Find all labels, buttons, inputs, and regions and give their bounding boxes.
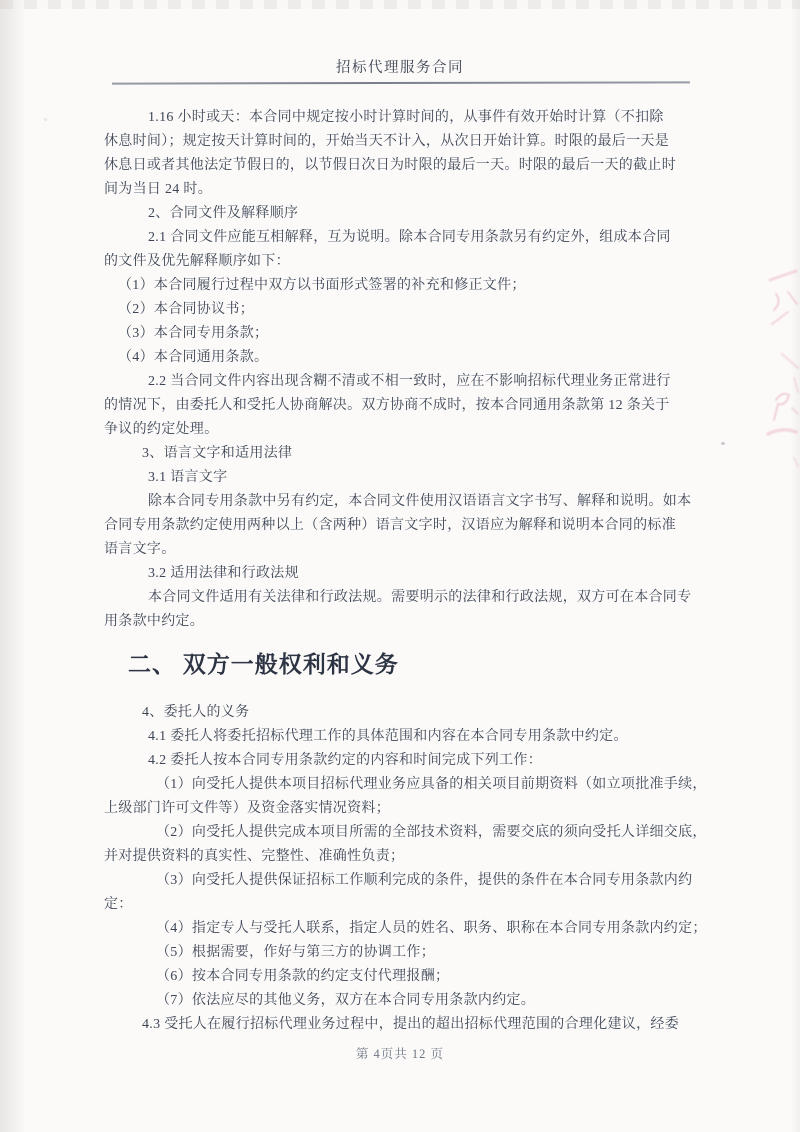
section-heading: 二、 双方一般权利和义务 (128, 646, 399, 679)
text-line: 语言文字。 (104, 538, 704, 562)
text-line: （3）本合同专用条款； (104, 322, 704, 346)
text-line: 3、语言文字和适用法律 (104, 442, 704, 466)
scan-edge-right-shadow (790, 0, 800, 1132)
text-line: 3.1 语言文字 (104, 466, 704, 490)
clauses-part-2: 4、委托人的义务4.1 委托人将委托招标代理工作的具体范围和内容在本合同专用条款… (104, 701, 704, 1037)
text-line: 的文件及优先解释顺序如下： (104, 250, 704, 274)
document-title: 招标代理服务合同 (0, 56, 800, 77)
scan-speck (44, 118, 47, 121)
text-line: （6）按本合同专用条款的约定支付代理报酬； (104, 965, 704, 989)
text-line: 休息时间）；规定按天计算时间的，开始当天不计入，从次日开始计算。时限的最后一天是 (104, 130, 704, 154)
text-line: 本合同文件适用有关法律和行政法规。需要明示的法律和行政法规，双方可在本合同专 (104, 586, 704, 610)
text-line: 争议的约定处理。 (104, 418, 704, 442)
text-line: （4）本合同通用条款。 (104, 346, 704, 370)
page-number: 第 4页共 12 页 (356, 1047, 444, 1061)
text-line: 4、委托人的义务 (104, 701, 704, 725)
clauses-part-1: 1.16 小时或天：本合同中规定按小时计算时间的，从事件有效开始时计算（不扣除休… (104, 106, 704, 634)
scanned-contract-page: 招标代理服务合同 1.16 小时或天：本合同中规定按小时计算时间的，从事件有效开… (0, 0, 800, 1132)
text-line: 3.2 适用法律和行政法规 (104, 562, 704, 586)
text-line: （5）根据需要，作好与第三方的协调工作； (104, 941, 704, 965)
text-line: （2）本合同协议书； (104, 298, 704, 322)
text-line: 4.3 受托人在履行招标代理业务过程中，提出的超出招标代理范围的合理化建议，经委 (104, 1013, 704, 1037)
text-line: 2、合同文件及解释顺序 (104, 202, 704, 226)
text-line: 并对提供资料的真实性、完整性、准确性负责； (104, 845, 704, 869)
text-line: 用条款中约定。 (104, 610, 704, 634)
text-line: 定： (104, 893, 704, 917)
scan-edge-top-artifact (0, 0, 800, 9)
page-footer: 第 4页共 12 页 (0, 1044, 800, 1062)
text-line: 的情况下，由委托人和受托人协商解决。双方协商不成时，按本合同通用条款第 12 条… (104, 394, 704, 418)
text-line: （1）向受托人提供本项目招标代理业务应具备的相关项目前期资料（如立项批准手续， (104, 773, 704, 797)
text-line: 2.1 合同文件应能互相解释，互为说明。除本合同专用条款另有约定外，组成本合同 (104, 226, 704, 250)
text-line: （2）向受托人提供完成本项目所需的全部技术资料，需要交底的须向受托人详细交底， (104, 821, 704, 845)
text-line: （4）指定专人与受托人联系，指定人员的姓名、职务、职称在本合同专用条款内约定； (104, 917, 704, 941)
text-line: 休息日或者其他法定节假日的，以节假日次日为时限的最后一天。时限的最后一天的截止时 (104, 154, 704, 178)
text-line: （7）依法应尽的其他义务，双方在本合同专用条款内约定。 (104, 989, 704, 1013)
scan-edge-left-shadow (0, 0, 26, 1132)
text-line: 除本合同专用条款中另有约定，本合同文件使用汉语语言文字书写、解释和说明。如本 (104, 490, 704, 514)
text-line: 2.2 当合同文件内容出现含糊不清或不相一致时，应在不影响招标代理业务正常进行 (104, 370, 704, 394)
text-line: 1.16 小时或天：本合同中规定按小时计算时间的，从事件有效开始时计算（不扣除 (104, 106, 704, 130)
text-line: （1）本合同履行过程中双方以书面形式签署的补充和修正文件； (104, 274, 704, 298)
text-line: 4.1 委托人将委托招标代理工作的具体范围和内容在本合同专用条款中约定。 (104, 725, 704, 749)
scan-speck (721, 442, 725, 445)
text-line: 4.2 委托人按本合同专用条款约定的内容和时间完成下列工作： (104, 749, 704, 773)
text-line: 上级部门许可文件等）及资金落实情况资料； (104, 797, 704, 821)
text-line: 合同专用条款约定使用两种以上（含两种）语言文字时，汉语应为解释和说明本合同的标准 (104, 514, 704, 538)
header-divider-rule (112, 81, 690, 84)
text-line: （3）向受托人提供保证招标工作顺利完成的条件，提供的条件在本合同专用条款内约 (104, 869, 704, 893)
text-line: 间为当日 24 时。 (104, 178, 704, 202)
